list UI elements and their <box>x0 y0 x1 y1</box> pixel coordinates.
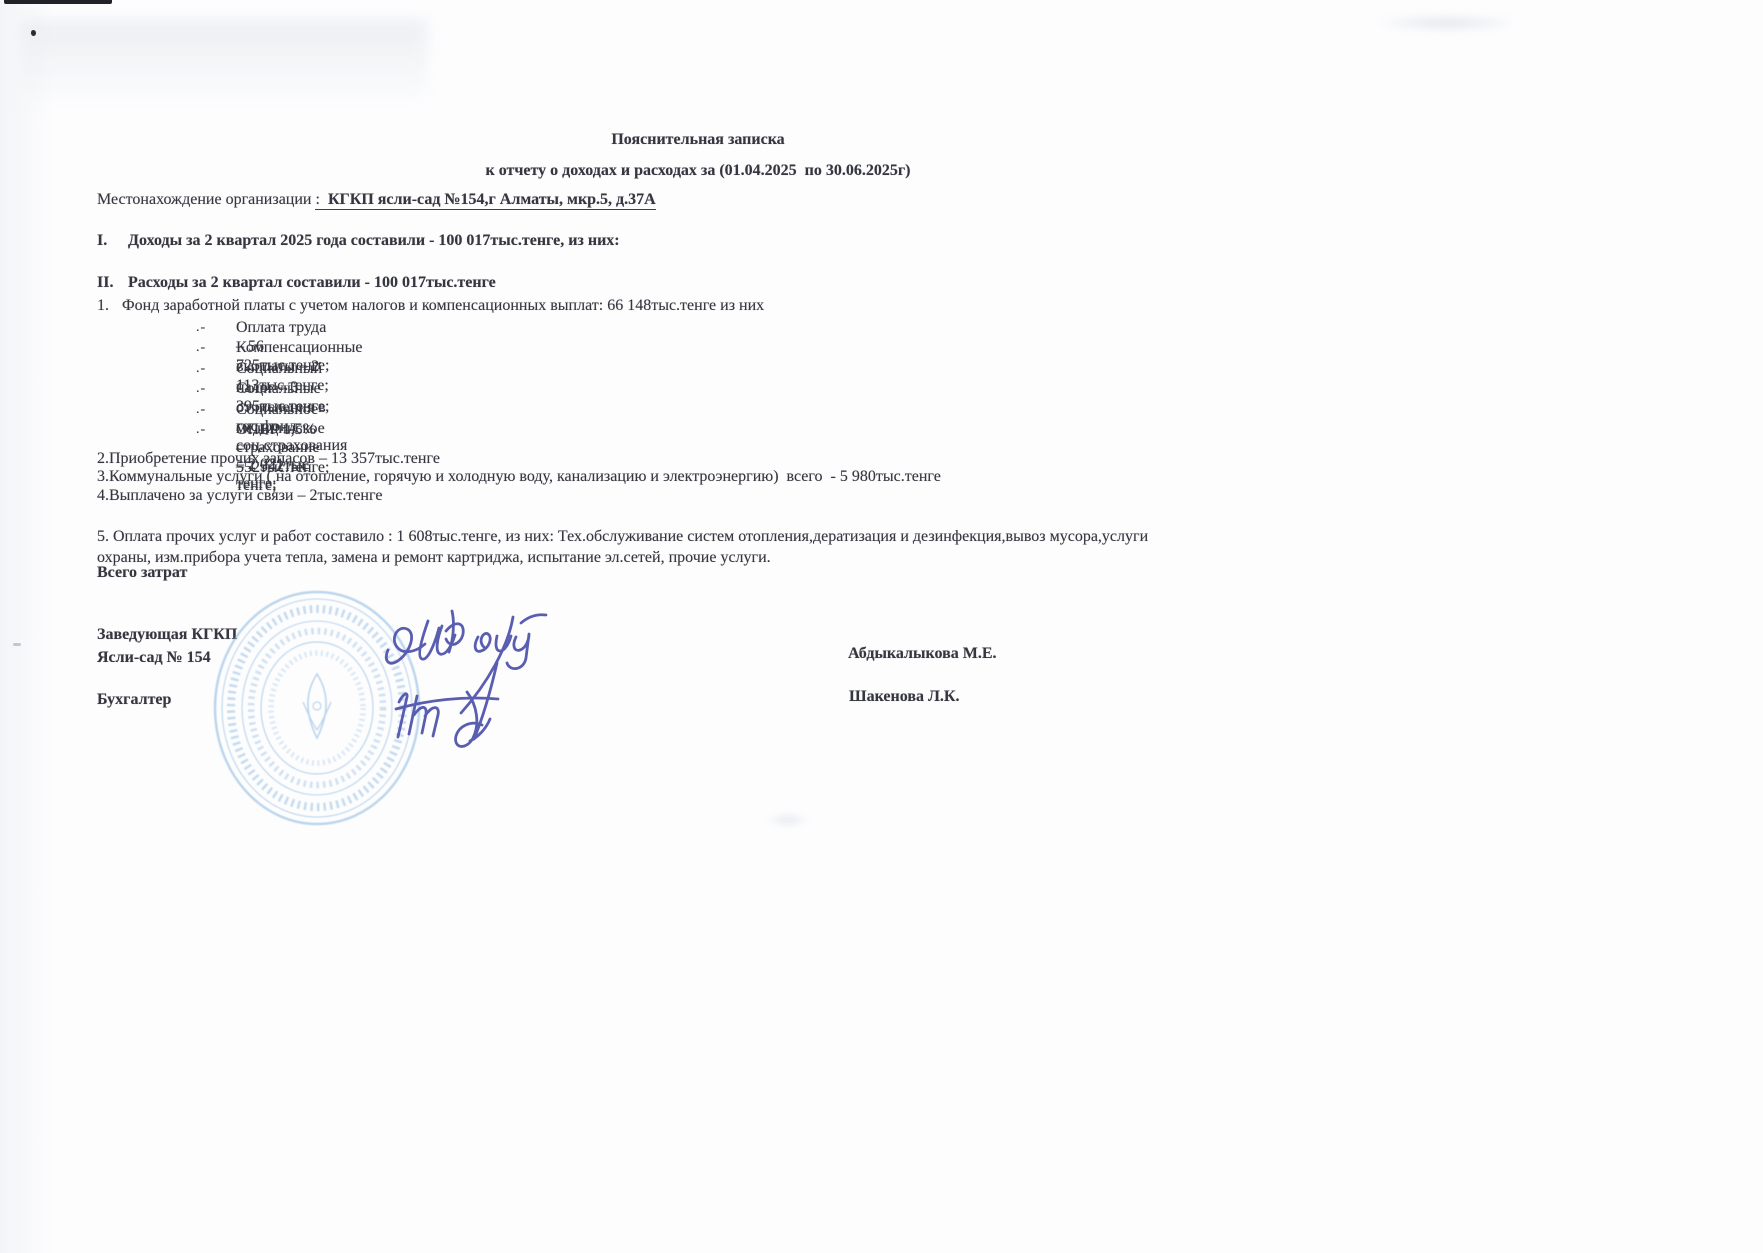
role-director-line2-text: Ясли-сад № 154 <box>97 649 211 666</box>
section-income: I.Доходы за 2 квартал 2025 года составил… <box>97 231 620 250</box>
doc-title-line2: к отчету о доходах и расходах за (01.04.… <box>0 161 1396 180</box>
location-underlined: : КГКП ясли-сад №154,г Алматы, мкр.5, д.… <box>315 191 655 210</box>
role-director-line2: Ясли-сад № 154 <box>97 648 211 667</box>
name-accountant-text: Шакенова Л.К. <box>849 688 959 705</box>
scan-shadow-left <box>0 0 55 1253</box>
doc-title-line1-text: Пояснительная записка <box>611 131 784 148</box>
scan-smudge-bottom <box>766 812 810 828</box>
expense-item-1: 1.Фонд заработной платы с учетом налогов… <box>97 296 764 315</box>
expense-item-3: 3.Коммунальные услуги ( на отопление, го… <box>97 467 941 486</box>
name-accountant: Шакенова Л.К. <box>849 687 959 706</box>
bullet-marker: .- <box>196 379 206 398</box>
location-separator: : <box>315 191 327 208</box>
doc-title-line2-text: к отчету о доходах и расходах за (01.04.… <box>486 162 911 179</box>
signature-accountant <box>396 663 498 746</box>
expense-item-3-text: 3.Коммунальные услуги ( на отопление, го… <box>97 468 941 485</box>
bullet-marker: .- <box>196 359 206 378</box>
name-director: Абдыкалыкова М.Е. <box>848 644 997 663</box>
section-expense: II.Расходы за 2 квартал составили - 100 … <box>97 273 496 292</box>
bullet-marker: .- <box>196 420 206 439</box>
bullet-marker: .- <box>196 338 206 357</box>
section-income-number: I. <box>97 231 128 250</box>
location-value: КГКП ясли-сад №154,г Алматы, мкр.5, д.37… <box>328 191 656 208</box>
location-label: Местонахождение организации <box>97 191 315 208</box>
expense-item-4: 4.Выплачено за услуги связи – 2тыс.тенге <box>97 486 382 505</box>
doc-title-line1: Пояснительная записка <box>0 130 1396 149</box>
section-income-text: Доходы за 2 квартал 2025 года составили … <box>128 232 620 249</box>
signatures-ink <box>370 595 575 755</box>
role-accountant-text: Бухгалтер <box>97 691 171 708</box>
location-line: Местонахождение организации : КГКП ясли-… <box>97 190 656 209</box>
scan-artifact-strip <box>4 0 112 4</box>
name-director-text: Абдыкалыкова М.Е. <box>848 645 997 662</box>
total-costs-label: Всего затрат <box>97 563 187 582</box>
expense-item-1-number: 1. <box>97 296 122 315</box>
expense-item-5: 5. Оплата прочих услуг и работ составило… <box>97 526 1185 568</box>
expense-item-4-text: 4.Выплачено за услуги связи – 2тыс.тенге <box>97 487 382 504</box>
section-expense-text: Расходы за 2 квартал составили - 100 017… <box>128 274 496 291</box>
scan-shadow-top <box>22 20 427 108</box>
scan-smudge-top-right <box>1372 14 1522 32</box>
expense-item-5-text: 5. Оплата прочих услуг и работ составило… <box>97 528 1152 566</box>
section-expense-number: II. <box>97 273 128 292</box>
scan-artifact-speck <box>31 30 36 36</box>
expense-item-1-text: Фонд заработной платы с учетом налогов и… <box>122 297 764 314</box>
expense-item-2: 2.Приобретение прочих запасов – 13 357ты… <box>97 449 440 468</box>
scanned-document-page: Пояснительная записка к отчету о доходах… <box>0 0 1763 1253</box>
expense-item-2-text: 2.Приобретение прочих запасов – 13 357ты… <box>97 450 440 467</box>
role-accountant: Бухгалтер <box>97 690 171 709</box>
bullet-marker: .- <box>196 318 206 337</box>
total-costs-text: Всего затрат <box>97 564 187 581</box>
scan-artifact-dash <box>13 643 21 646</box>
bullet-marker: .- <box>196 400 206 419</box>
